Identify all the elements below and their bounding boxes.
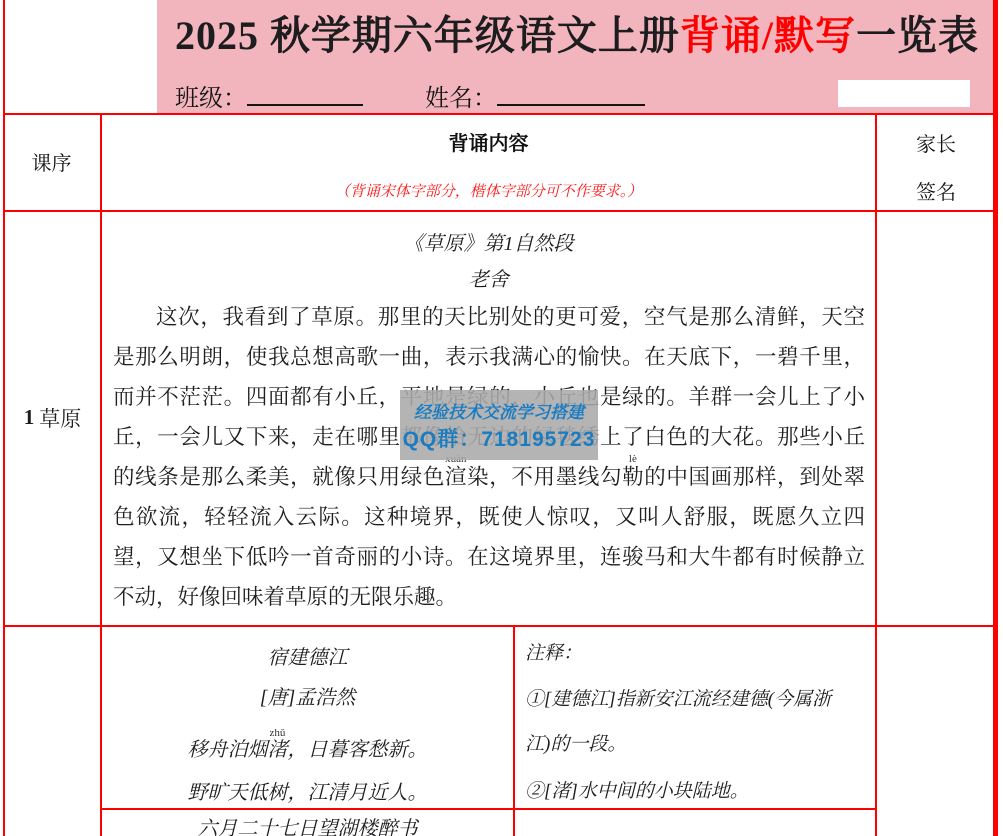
- header-cell-content: 背诵内容: [102, 127, 875, 156]
- whiteout-patch: [838, 80, 970, 107]
- page-title-part1: 2025 秋学期六年级语文上册: [175, 13, 680, 58]
- name-blank-line: [497, 80, 645, 106]
- ruby-char-xuan: 渲: [445, 465, 467, 489]
- header-cell-content-note: （背诵宋体字部分，楷体字部分可不作要求。）: [102, 180, 875, 201]
- header-bottom-rule: [3, 210, 998, 212]
- next-piece-title: 六月二十七日望湖楼醉书: [102, 812, 513, 836]
- poem-title: 宿建德江: [102, 641, 513, 670]
- pinyin-ruby-le: 勒lè: [622, 465, 644, 489]
- pinyin-ruby-xuan: 渲xuàn: [445, 465, 467, 489]
- watermark: 经验技术交流学习搭建 QQ群：718195723: [400, 390, 598, 460]
- page-title-part2: 一览表: [856, 13, 979, 58]
- note-line-1: ①[建德江]指新安江流经建德(今属浙: [525, 684, 869, 711]
- paragraph-segment-2: 染，不用墨线勾: [467, 465, 622, 489]
- row1-bottom-rule: [3, 625, 998, 627]
- poem-line1-post: ，日暮客愁新。: [288, 739, 428, 761]
- ruby-char-zhu: 渚: [268, 739, 288, 761]
- header-cell-parent-line2: 签名: [877, 176, 995, 205]
- watermark-line1: 经验技术交流学习搭建: [414, 398, 584, 423]
- poem-line-2: 野旷天低树，江清月近人。: [102, 776, 513, 805]
- band-bottom-rule: [3, 113, 998, 115]
- lesson-number-cell: 1 草原: [5, 210, 100, 625]
- note-line-2: 江)的一段。: [525, 729, 869, 756]
- name-label: 姓名：: [425, 85, 497, 112]
- class-label: 班级：: [175, 85, 247, 112]
- class-blank-line: [247, 80, 363, 106]
- poem-author: [唐]孟浩然: [102, 681, 513, 710]
- lesson-name: 草原: [39, 403, 81, 433]
- watermark-line2: QQ群：718195723: [403, 423, 596, 453]
- header-cell-parent-line1: 家长: [877, 128, 995, 157]
- row2-bottom-rule: [100, 808, 877, 810]
- page-title-highlight: 背诵/默写: [680, 13, 856, 58]
- poem-line1-pre: 移舟泊烟: [188, 739, 268, 761]
- lesson-number: 1: [24, 405, 35, 430]
- outer-right-border: [993, 0, 998, 836]
- poem-line-1: 移舟泊烟渚zhǔ，日暮客愁新。: [102, 727, 513, 762]
- pinyin-ruby-zhu: 渚zhǔ: [268, 739, 288, 761]
- page-title: 2025 秋学期六年级语文上册背诵/默写一览表: [157, 4, 997, 61]
- parent-column-rule: [875, 113, 877, 836]
- header-cell-lesson: 课序: [3, 113, 100, 210]
- notes-title: 注释：: [525, 638, 869, 665]
- notes-column-rule: [513, 625, 515, 836]
- worksheet-page: 2025 秋学期六年级语文上册背诵/默写一览表 班级：姓名： 课序 背诵内容 （…: [0, 0, 1003, 836]
- piece-author: 老舍: [102, 263, 875, 292]
- class-name-row: 班级：姓名：: [175, 78, 645, 113]
- ruby-char-le: 勒: [622, 465, 644, 489]
- piece-title: 《草原》第1自然段: [102, 227, 875, 256]
- note-line-3: ②[渚]水中间的小块陆地。: [525, 776, 869, 803]
